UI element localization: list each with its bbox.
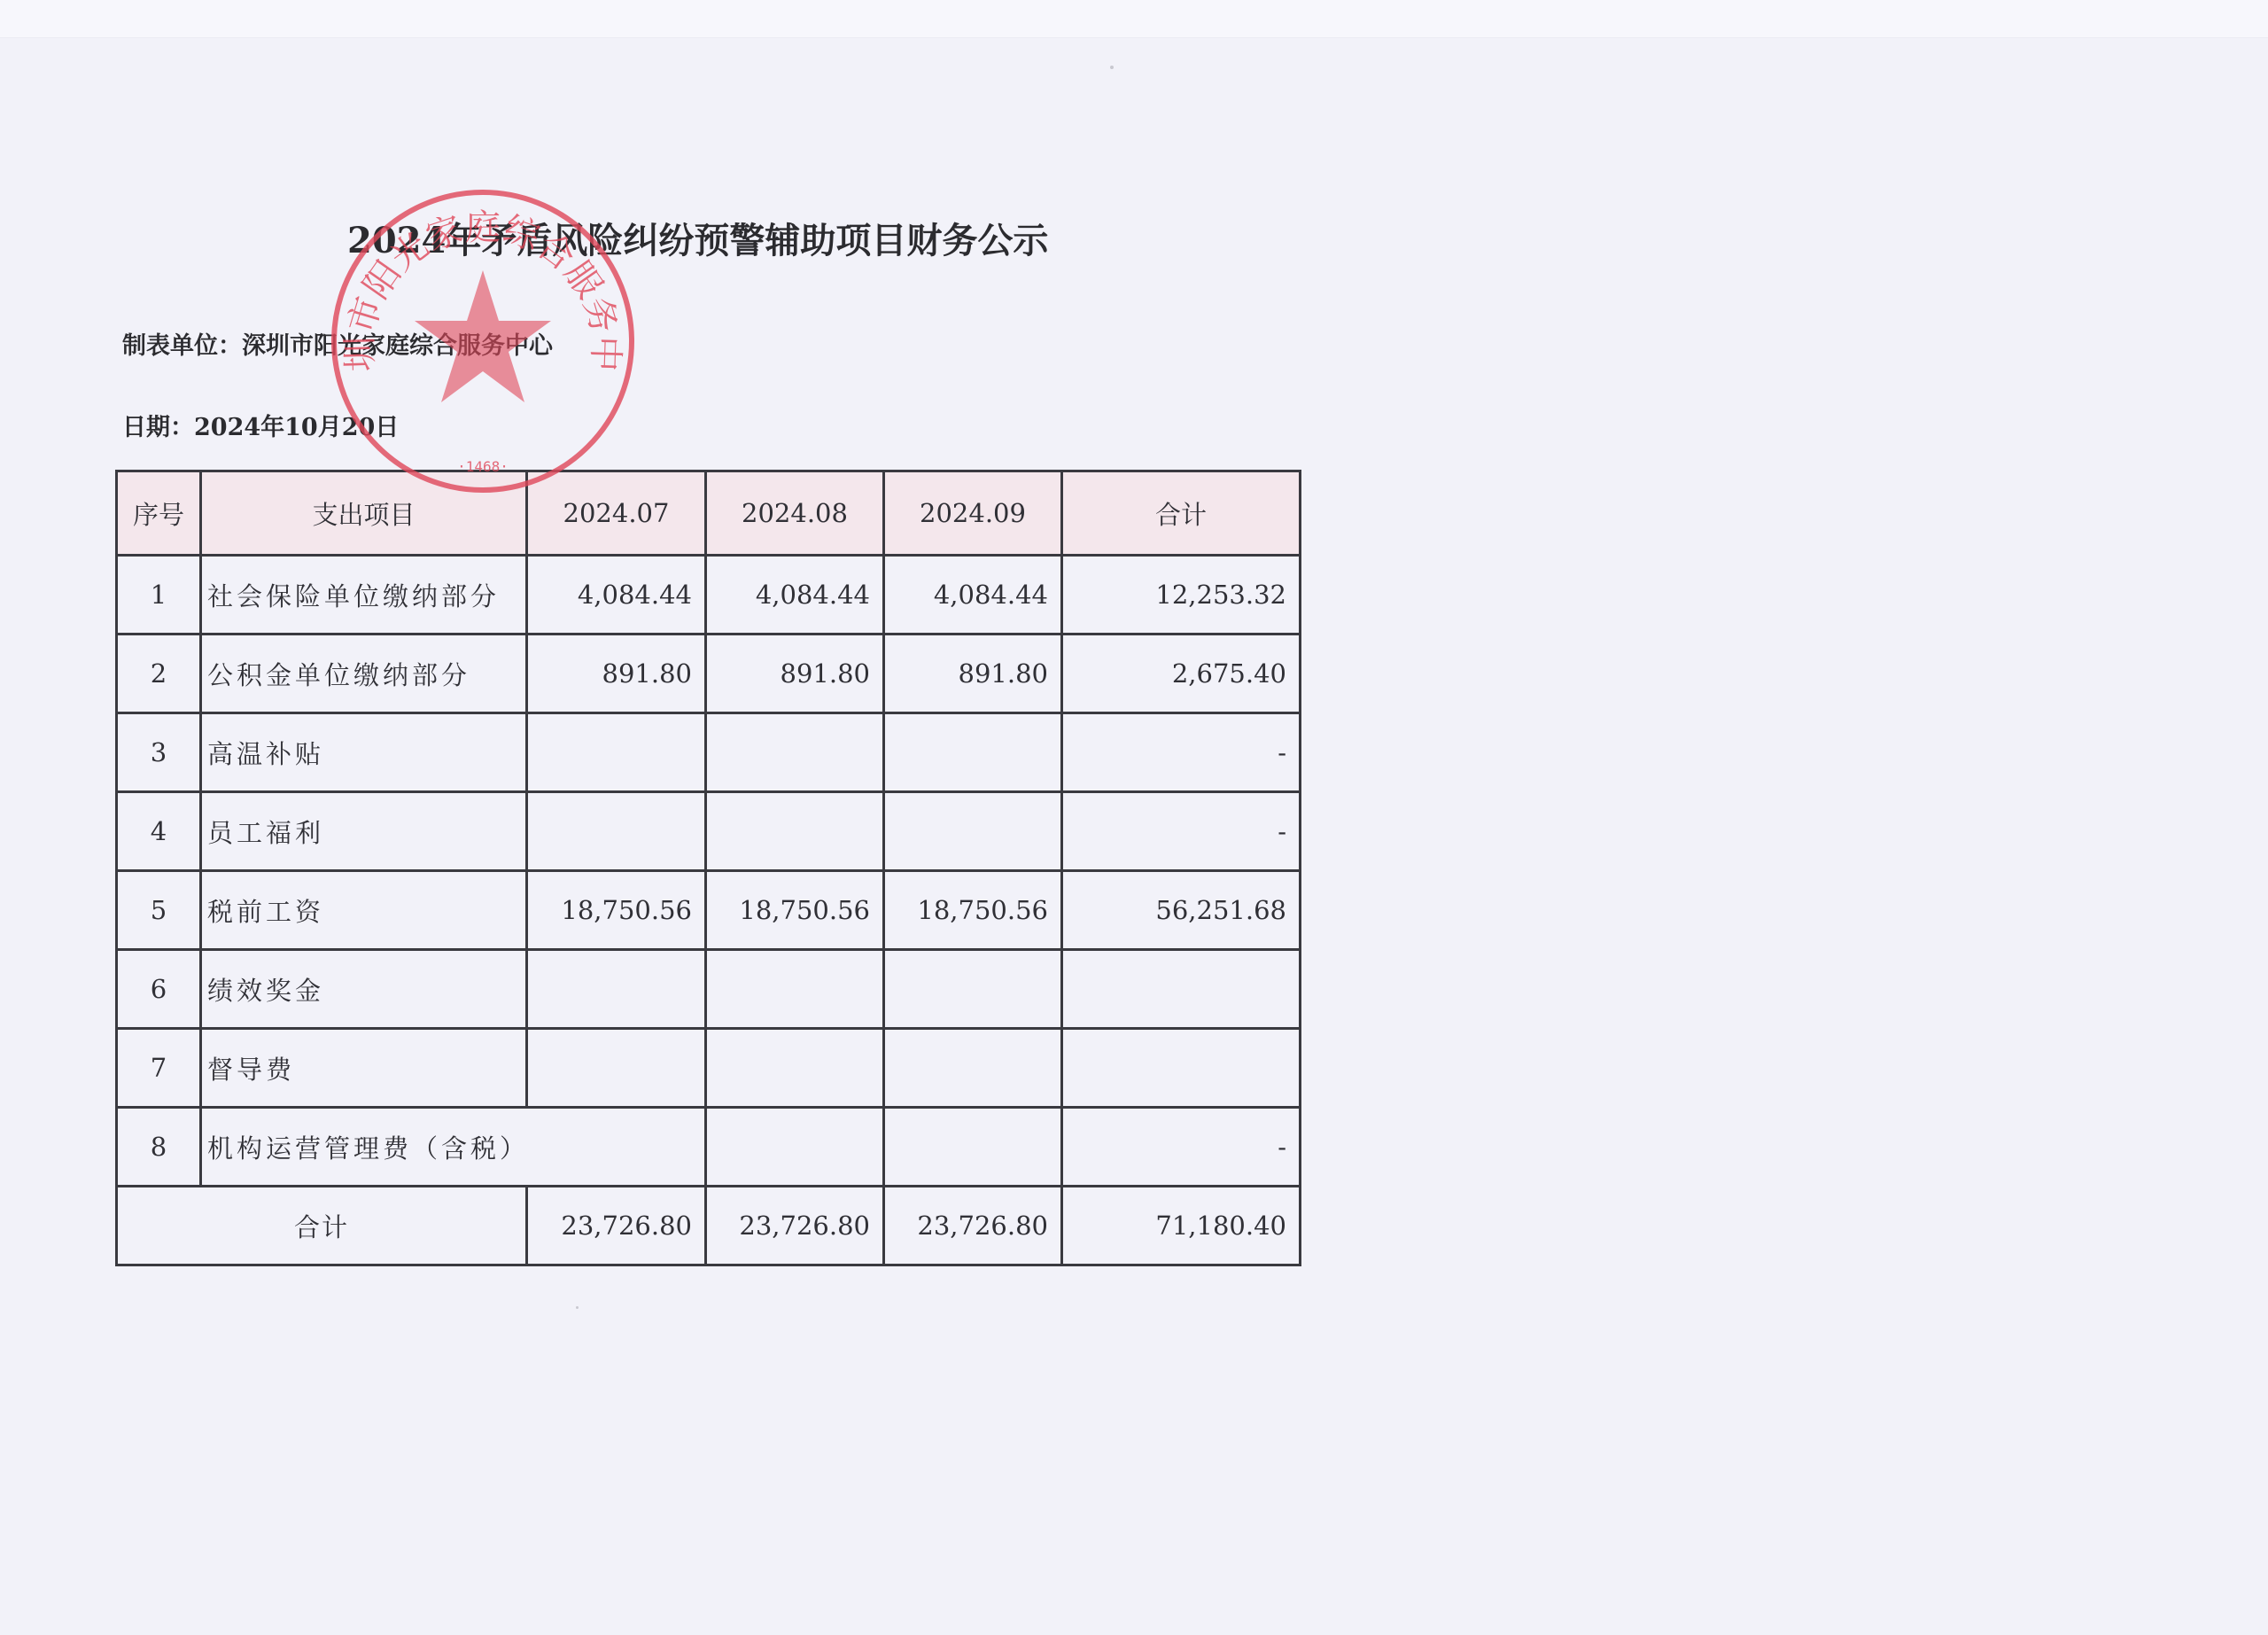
row-item: 高温补贴: [201, 713, 527, 792]
row-2024-09: 18,750.56: [884, 871, 1062, 950]
date-label: 日期：: [122, 414, 194, 441]
row-2024-08: [706, 1108, 884, 1187]
col-header-2024-09: 2024.09: [884, 471, 1062, 556]
table-header-row: 序号 支出项目 2024.07 2024.08 2024.09 合计: [117, 471, 1301, 556]
row-index: 3: [117, 713, 201, 792]
row-total: [1062, 1029, 1301, 1108]
row-item: 社会保险单位缴纳部分: [201, 556, 527, 635]
row-2024-08: 18,750.56: [706, 871, 884, 950]
row-2024-09: [884, 1029, 1062, 1108]
row-2024-09: [884, 950, 1062, 1029]
row-total: -: [1062, 1108, 1301, 1187]
row-2024-07: [527, 1029, 706, 1108]
row-index: 5: [117, 871, 201, 950]
table-row: 2 公积金单位缴纳部分 891.80 891.80 891.80 2,675.4…: [117, 635, 1301, 713]
row-2024-08: [706, 792, 884, 871]
summary-2024-08: 23,726.80: [706, 1187, 884, 1265]
row-2024-09: [884, 792, 1062, 871]
row-total: [1062, 950, 1301, 1029]
date-value: 2024年10月20日: [194, 414, 399, 441]
row-total: -: [1062, 792, 1301, 871]
row-2024-08: [706, 713, 884, 792]
row-index: 4: [117, 792, 201, 871]
row-total: 56,251.68: [1062, 871, 1301, 950]
row-2024-08: 891.80: [706, 635, 884, 713]
row-item: 机构运营管理费（含税）: [201, 1108, 706, 1187]
row-2024-09: [884, 713, 1062, 792]
row-2024-08: [706, 950, 884, 1029]
row-2024-07: [527, 792, 706, 871]
row-2024-07: 4,084.44: [527, 556, 706, 635]
table-row: 1 社会保险单位缴纳部分 4,084.44 4,084.44 4,084.44 …: [117, 556, 1301, 635]
row-total: 12,253.32: [1062, 556, 1301, 635]
scan-top-edge: [0, 0, 2268, 38]
scan-speck: [1110, 66, 1114, 69]
finance-table: 序号 支出项目 2024.07 2024.08 2024.09 合计 1 社会保…: [115, 470, 1301, 1266]
row-index: 2: [117, 635, 201, 713]
row-2024-07: 891.80: [527, 635, 706, 713]
row-index: 7: [117, 1029, 201, 1108]
col-header-2024-07: 2024.07: [527, 471, 706, 556]
table-row: 3 高温补贴 -: [117, 713, 1301, 792]
summary-row: 合计 23,726.80 23,726.80 23,726.80 71,180.…: [117, 1187, 1301, 1265]
col-header-item: 支出项目: [201, 471, 527, 556]
document-date: 日期：2024年10月20日: [122, 408, 399, 442]
document-title: 2024年矛盾风险纠纷预警辅助项目财务公示: [347, 213, 1048, 263]
row-2024-07: [527, 950, 706, 1029]
row-2024-09: 891.80: [884, 635, 1062, 713]
row-total: -: [1062, 713, 1301, 792]
row-2024-07: 18,750.56: [527, 871, 706, 950]
row-index: 6: [117, 950, 201, 1029]
summary-total: 71,180.40: [1062, 1187, 1301, 1265]
row-2024-09: 4,084.44: [884, 556, 1062, 635]
row-2024-07: [527, 713, 706, 792]
table-row: 5 税前工资 18,750.56 18,750.56 18,750.56 56,…: [117, 871, 1301, 950]
preparing-unit-value: 深圳市阳光家庭综合服务中心: [242, 332, 553, 360]
row-total: 2,675.40: [1062, 635, 1301, 713]
row-index: 8: [117, 1108, 201, 1187]
row-index: 1: [117, 556, 201, 635]
preparing-unit: 制表单位：深圳市阳光家庭综合服务中心: [122, 326, 553, 361]
row-item: 绩效奖金: [201, 950, 527, 1029]
col-header-2024-08: 2024.08: [706, 471, 884, 556]
table-row: 6 绩效奖金: [117, 950, 1301, 1029]
row-item: 员工福利: [201, 792, 527, 871]
table-row: 7 督导费: [117, 1029, 1301, 1108]
table-row: 4 员工福利 -: [117, 792, 1301, 871]
summary-2024-07: 23,726.80: [527, 1187, 706, 1265]
summary-label: 合计: [117, 1187, 527, 1265]
summary-2024-09: 23,726.80: [884, 1187, 1062, 1265]
row-item: 督导费: [201, 1029, 527, 1108]
row-2024-09: [884, 1108, 1062, 1187]
preparing-unit-label: 制表单位：: [122, 332, 242, 360]
col-header-total: 合计: [1062, 471, 1301, 556]
row-2024-08: [706, 1029, 884, 1108]
table-row: 8 机构运营管理费（含税） -: [117, 1108, 1301, 1187]
col-header-index: 序号: [117, 471, 201, 556]
row-item: 税前工资: [201, 871, 527, 950]
row-item: 公积金单位缴纳部分: [201, 635, 527, 713]
row-2024-08: 4,084.44: [706, 556, 884, 635]
scan-speck: [576, 1306, 579, 1309]
